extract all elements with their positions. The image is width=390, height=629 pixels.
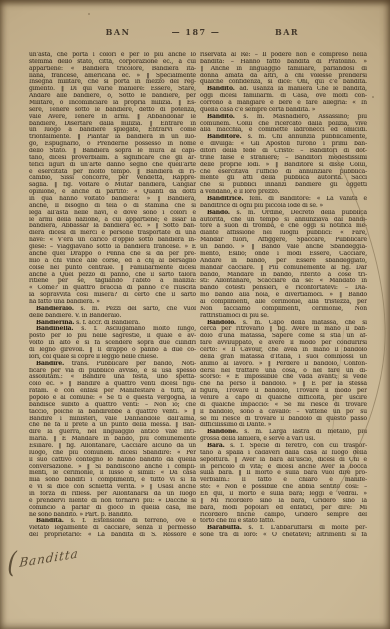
text-line: diera dicesi di merci e persone trasport… [29,230,196,237]
text-line: se mi riesce di trovare il bandolo di qu… [200,416,367,423]
text-line: marla. ║ E Mandare in bando, più comunem… [29,436,196,443]
text-line: difficilissimo di Dante. » [200,422,367,429]
text-line: ritiene per sé, tagliando l'abito a mali… [29,278,196,285]
text-line: trine false e straniere; – Banditori mod… [200,155,367,162]
text-line: certo: « Il Cavour, che avea in mano il … [200,347,367,354]
text-line: mo bando alla noia, e divertiamoci. » ║ … [200,292,367,299]
scanned-dictionary-page: BAN — 187 — BAR un'asta, che porta i col… [0,0,390,629]
text-line: ricorderò finché campo, Griderò sempre d… [200,512,367,519]
text-line: volto in alto e si fa scendere sopra due… [29,340,196,347]
text-line: ║ Anche in linguaggio familiare, parland… [200,66,367,73]
text-line: appartiene: « Bandiera tricolore, Bandie… [29,66,196,73]
text-line: tano a spalla i cadaveri dalla casa al l… [200,450,367,457]
text-line: lega all'asta nelle navi, e dove sono i … [29,210,196,217]
text-line: ║ Mi ricorderò sino la bara, Griderò sin… [200,498,367,505]
text-line: della gran matassa d'Italia, i suoi comm… [200,354,367,361]
dictionary-entry-line: Bara. s. f. Specie di feretro, con cui t… [200,443,367,450]
text-line: opinione, e anche di partito: « Quanti d… [29,189,196,196]
text-line: in qua hanno voltato bandiera! » ║ Bandi… [29,196,196,203]
text-line: dello Stato. ║ Bandiera sopra le mura al… [29,148,196,155]
headword: Banditrice. [207,196,243,202]
text-line: a vendano, e il loro prezzo. [200,189,367,196]
text-line: go, Espugnarlo, o Prenderne possesso in … [29,141,196,148]
text-line: il bandolo, sono a cavallo: – Vattene un… [200,409,367,416]
handwritten-annotation: ( Banditta [6,535,121,592]
text-line: luogo, che più comunem. dicesi Sbandire:… [29,450,196,457]
dictionary-entry-line: Bandierina. s. f. accr. di Bandiera. [29,320,196,327]
text-line: quella casa c'è sempre certa bandita. » [200,107,367,114]
text-line: assolutam.: « Bandire una festa, uno spe… [29,374,196,381]
paper-speck [152,262,154,264]
text-line: saglia. ║ fig. Voltare o Mutar bandiera,… [29,182,196,189]
text-line: bando, Mandare in bando, riferito a cose… [200,272,367,279]
text-line: tore a suon di tromba, e che oggi si not… [200,223,367,230]
text-line: in forza di rifless. per Allontanarsi da… [29,491,196,498]
text-line: il suo cattivo contegno lo hanno bandito… [29,457,196,464]
text-line: alla macchia, e commette ladronecci ed o… [200,127,367,134]
text-line: ficare per via di pubblico avviso, e si … [29,368,196,375]
text-line: è esercitata per molto tempo. ║ Bandiera… [29,169,196,176]
header-keyword-left: BAN [78,27,158,37]
headword: Bandieraio. [36,306,74,312]
text-line: Andare alle bandiere, o, Sotto le bandie… [29,93,196,100]
page-number: — 187 — [156,27,236,37]
text-line: ratam. e con enfasi per Manifestare a tu… [29,388,196,395]
text-line: nave: « V'era un carico d'oppio sotto ba… [29,237,196,244]
text-line: bandiere, Disertare dalla milizia. ║ Ent… [29,121,196,128]
text-line: che esercitava l'ufficio di annunziare p… [200,169,367,176]
text-line: stemma dello stato, città, corporazione … [29,59,196,66]
headword: Bandinella. [36,326,73,332]
text-line: un luogo a bandiere spiegate, Entrarvi c… [29,127,196,134]
text-line: liana, francese, americana ec. » ║ Speci… [29,73,196,80]
text-line: mento, Esilio; onde i modi Essere, Cacci… [200,251,367,258]
headword: Bandita. [36,518,64,524]
headword: Bandolo. [207,320,236,326]
paper-speck [88,13,90,15]
text-line: bando cotesti pensieri, e riconfortatevi… [200,285,367,292]
text-line: popolo e al comune: « Se ti è questa ver… [29,395,196,402]
headword: Bandone. [207,429,238,435]
text-line: Andare in bando, per Essere sbandeggiato… [200,258,367,265]
text-column-left: un'asta, che porta i colori e per lo più… [29,52,196,539]
text-line: vietato legalmente di cacciare, senza il… [29,525,196,532]
text-line: rattristiamoci di più se. [200,313,367,320]
text-line: conversazione. » ║ Si bandiscono anche i… [29,464,196,471]
text-line: lori, col quale si copre il leggio nelle… [29,354,196,361]
dictionary-entry-line: Bandita. s. f. Estensione di terreno, ov… [29,518,196,525]
header-keyword-right: BAR [247,27,327,37]
headword: Bandire. [36,361,64,367]
dictionary-entry-line: Bandito. ad. usanza la maniera Che le ba… [200,86,367,93]
text-line: gimento. ║ Di qui varie maniere: Essere,… [29,86,196,93]
text-line: menti, le cerimonie, il lusso e simili: … [29,470,196,477]
text-line: grossa della lamiera, e serve a vari usi… [200,436,367,443]
text-line: fare avviluppato, e avere il modo per co… [200,340,367,347]
handwriting-flourish: ( [7,546,17,580]
text-line: sulla bara. ║ Il morto è sulla bara vuol… [200,470,367,477]
dictionary-entry-line: Bandieraio. s. m. Pezzi del sarto, che v… [29,306,196,313]
text-line: che ha perso il bandolo. » ║ E per la st… [200,381,367,388]
text-line: taccio, poiché la bandirebbe a quattro v… [29,409,196,416]
text-line: cominciò a parlar di gioco in quella cas… [29,505,196,512]
text-line: Non facciamo complimenti, cerimonie, Non [200,306,367,313]
text-line: Esiliare. ║ fig. Allontanare, Cacciare a… [29,443,196,450]
headword: Banditore. [207,134,242,140]
text-line: delle bandiere. V. in Banderaio. [29,313,196,320]
text-line: donna amata da altri, a chi volesse pren… [200,73,367,80]
text-line: torto che mi è stato fatto. [200,518,367,525]
text-line: sto: « Non è possibile che abbia sentito… [200,484,367,491]
dictionary-entry-line: Bandito. s. m. Masnadiero, Assassino; pi… [200,114,367,121]
text-line: la sopravvita così misera? di certo che … [29,292,196,299]
text-line: posto per lo più nelle sagrestie, il qua… [29,333,196,340]
headword: Bara. [207,443,225,449]
text-line: bandiera, Abbassar la bandiera ec. » ║ S… [29,223,196,230]
text-line: animo al lavoro. » ║ Perdere il bandolo,… [200,361,367,368]
text-line: un bando. » ║ Bando vale anche Sbandeggi… [200,244,367,251]
text-line: bandisce subito a quattro venti: – Non i… [29,402,196,409]
text-line: oggi dicesi familiarm. di Casa, ove molt… [200,93,367,100]
text-line: che si pubblici innanzi bandiere gli ogg… [200,182,367,189]
text-line: banditrice di ogni più piccola lode di s… [200,203,367,210]
text-line: dersi nel trattare una cosa, o nel fare … [200,368,367,375]
text-line: ha fatto una bandiera. » [29,299,196,306]
text-line: Insegna militare, che si porta in mezzo … [29,79,196,86]
text-line: mandar cacciare. ║ Più comunemente al fi… [200,265,367,272]
text-line: ai complimenti, alle cerimonie, alla tri… [200,299,367,306]
text-line: « Come? in quattro braccia di panno c'è … [29,285,196,292]
text-line: comunem. Colui che ricercato dalla poliz… [200,121,367,128]
text-line: cerca per ritrovarlo ║ fig. Avere in man… [200,326,367,333]
text-line: cambio, Sissi concorre, per Vendetta, Ra… [29,175,196,182]
text-line: mia sono banditi i complimenti, e tutto … [29,477,196,484]
dictionary-entry-line: Bando. s. m. Ordine, Decreto della pubbl… [200,210,367,217]
text-line: di qualche impaccio: « Se mi riesce di t… [200,402,367,409]
text-line: qualche confidenza, si dice: Ohi, qui c'… [200,79,367,86]
text-line: riservata al Re: – Il podere non è compr… [200,52,367,59]
text-line: di legno girevoli. ║ Il drappo o panno a… [29,347,196,354]
text-line: tano, dicesi proverbialm. a significare … [29,155,196,162]
text-line: Bandire i ministeri, vale Dannandole dal… [29,416,196,423]
dictionary-entry-line: Barabuffa. s. f. L'abbaruffarsi di molte… [200,525,367,532]
headword: Barabuffa. [207,525,242,531]
text-line: sere, Tenere sotto le bandiere, detto di… [29,107,196,114]
dictionary-entry-line: Banditore. s. m. Chi annunzia pubblicame… [200,134,367,141]
text-line: e divulga: « Gli Apostoli furono i primi… [200,141,367,148]
paper-speck [372,96,374,98]
text-line: ditori della fede di Cristo: – Banditori… [200,148,367,155]
text-line: trionfalmente. ║ Piantar la bandiera in … [29,134,196,141]
text-line: e vi si dice con schietta verità. » ║ Us… [29,484,196,491]
text-line: anche quel Drappo o Penna che si dà per … [29,251,196,258]
text-line: mio a chi vince alle corse, ed a chi al … [29,258,196,265]
dictionary-entry-line: Bandinella. s. f. Asciugamano molto lung… [29,326,196,333]
text-line: mente gli atti della pubblica autorità. … [200,175,367,182]
text-line: colo ec. » ║ Bandire a quattro venti dic… [29,381,196,388]
text-line: anche, Il bisogno di tela o di stamina c… [29,203,196,210]
running-header: BAN — 187 — BAR [0,27,390,39]
text-line: sepoltura. ║ Aver la bara all'uscio, dic… [200,457,367,464]
headword: Bando. [207,210,230,216]
text-line: autorità, che un tempo si annunziava dal… [200,217,367,224]
text-column-right: riservata al Re: – Il podere non è compr… [200,52,367,539]
dictionary-entry-line: Bandone. s. m. Larga lastra di metallo, … [200,429,367,436]
headword: Bandierina. [36,320,74,326]
text-line: colse nel punto centrale. ║ Familiarment… [29,265,196,272]
dictionary-entry-line: Banditrice. fem. di Banditore: « La vani… [200,196,367,203]
text-line: in pericolo di vita; e dicesi anche Aver… [200,464,367,471]
text-line: corrono a mangiare e bere e fare allegri… [200,100,367,107]
text-line: tefici liguri di un'arte danno segno che… [29,162,196,169]
text-line: dire la guerra, nel linguaggio antico va… [29,429,196,436]
text-line: le armi della nazione, a cui appartiene;… [29,217,196,224]
text-line: e prendervi niente di non tornarvi più: … [29,498,196,505]
text-line: Mandar fuori, Affiggere, Spaccare, Pubbl… [200,237,367,244]
text-line: venire a capo di qualche difficoltà, per… [200,395,367,402]
text-line: diante affissione nei luoghi pubblici: «… [200,230,367,237]
text-line: anche a Quel pezzo di panno, che il sart… [29,272,196,279]
text-line: delle proprie lodi. » ║ Banditore si dis… [200,162,367,169]
text-line: sone tra di loro: « O chetatevi; altrime… [200,532,367,539]
text-line: sti: Allontanare, Scacciare da sé: « Man… [200,278,367,285]
text-line: Eh qui, il morto è sulla bara; leggi e v… [200,491,367,498]
text-line: verbialm.: Il fatto è chiaro e manife- [200,477,367,484]
dictionary-entry-line: Bandire. trans. Pubblicare per bando, No… [29,361,196,368]
text-line: vale Avere, Tenere in armi. ║ Abbandonar… [29,114,196,121]
handwriting-word: Banditta [19,546,80,570]
text-line: scorso: « È impossibile che vada avanti;… [200,374,367,381]
headword: Bandito. [207,114,235,120]
text-line: glese: – Viaggiavano sotto la bandiera f… [29,244,196,251]
text-line: che ne fa il prete a un punto della mess… [29,422,196,429]
text-line: bara, modi popolari ed enfatici, per dir… [200,505,367,512]
text-line: Militare, o Incominciare la propria mili… [29,100,196,107]
headword: Bandito. [207,86,235,92]
text-line: dolo d'una matassa, Sapere come si stia … [200,333,367,340]
text-line: figura, Trovare il bandolo, Trovare il m… [200,388,367,395]
text-line: ne sono bandito. » Part. p. Bandito. [29,512,196,519]
text-line: un'asta, che porta i colori e per lo più… [29,52,196,59]
dictionary-entry-line: Bandolo. s. m. Capo della matassa, che s… [200,320,367,327]
text-line: bandita: – Hanno fatto bandita di Pratol… [200,59,367,66]
